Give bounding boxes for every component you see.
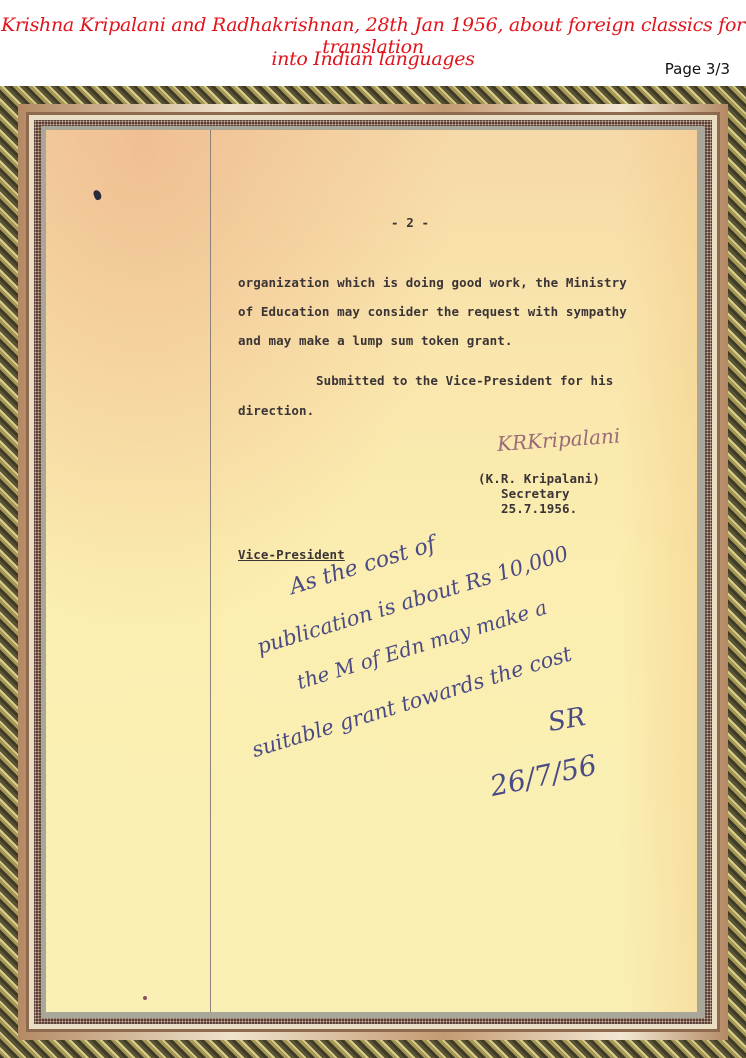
body-line: of Education may consider the request wi… [238,304,627,319]
ink-blot [93,189,103,201]
ink-dot [143,996,147,1000]
radhakrishnan-initials: SR [546,702,588,738]
signatory-title: Secretary [501,486,570,501]
body-line: and may make a lump sum token grant. [238,333,513,348]
picture-frame: - 2 - organization which is doing good w… [0,86,746,1058]
body-line: organization which is doing good work, t… [238,275,627,290]
submission-line: direction. [238,403,314,418]
kripalani-signature: KRKripalani [496,423,621,456]
title-line-2: into Indian languages [0,48,746,70]
document-page: - 2 - organization which is doing good w… [46,130,697,1012]
signatory-name: (K.R. Kripalani) [478,471,600,486]
submission-line: Submitted to the Vice-President for his [316,373,613,388]
page-indicator: Page 3/3 [665,60,730,78]
page-header: Krishna Kripalani and Radhakrishnan, 28t… [0,0,746,86]
addressee: Vice-President [238,547,345,562]
signatory-date: 25.7.1956. [501,501,577,516]
note-date: 26/7/56 [487,748,599,803]
page-number: - 2 - [391,215,429,230]
margin-line [210,130,211,1012]
